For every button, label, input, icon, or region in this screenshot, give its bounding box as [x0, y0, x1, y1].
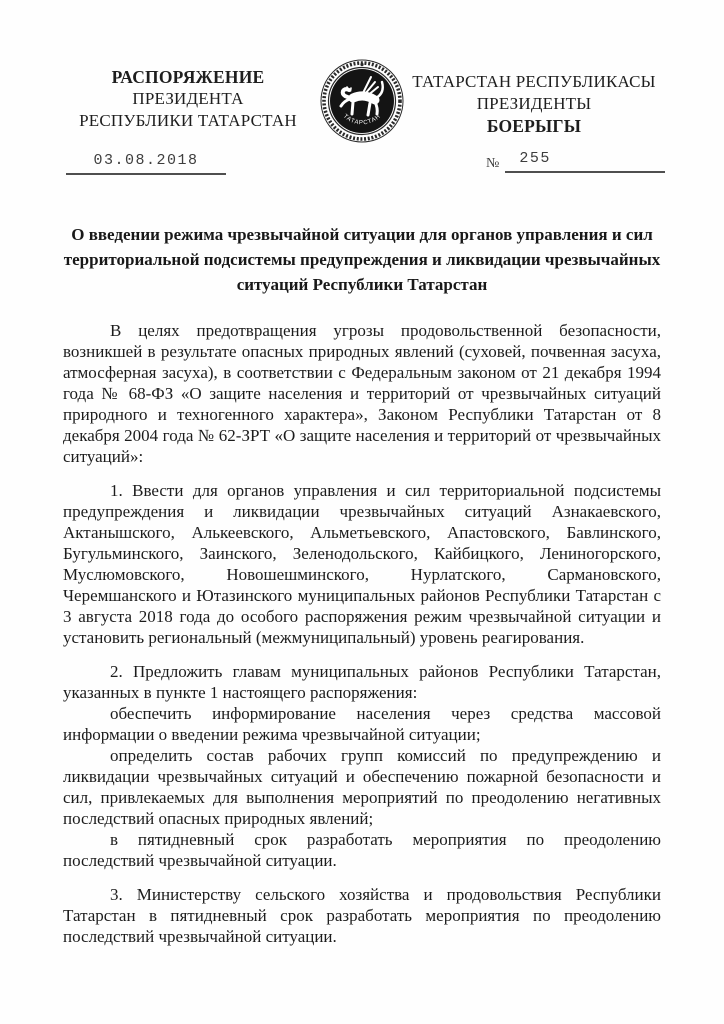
number-field: № 255 — [486, 150, 665, 173]
letterhead-ru-line2: ПРЕЗИДЕНТА — [70, 88, 306, 110]
letterhead-tatar: ТАТАРСТАН РЕСПУБЛИКАСЫ ПРЕЗИДЕНТЫ БОЕРЫГ… — [406, 71, 662, 137]
letterhead-tt-line1: ТАТАРСТАН РЕСПУБЛИКАСЫ — [406, 71, 662, 93]
letterhead-russian: РАСПОРЯЖЕНИЕ ПРЕЗИДЕНТА РЕСПУБЛИКИ ТАТАР… — [70, 66, 306, 132]
letterhead-ru-line3: РЕСПУБЛИКИ ТАТАРСТАН — [70, 110, 306, 132]
paragraph-item3: 3. Министерству сельского хозяйства и пр… — [63, 884, 661, 947]
tatarstan-state-seal: ТАТАРСТАН — [319, 57, 405, 145]
letterhead-tt-line2: ПРЕЗИДЕНТЫ — [406, 93, 662, 115]
document-page: РАСПОРЯЖЕНИЕ ПРЕЗИДЕНТА РЕСПУБЛИКИ ТАТАР… — [0, 0, 724, 1024]
paragraph-item2-sub3: в пятидневный срок разработать мероприят… — [63, 829, 661, 871]
date-field: 03.08.2018 — [66, 152, 226, 175]
number-value: 255 — [505, 150, 665, 173]
paragraph-item1: 1. Ввести для органов управления и сил т… — [63, 480, 661, 648]
number-sign: № — [486, 156, 505, 173]
paragraph-item2-sub1: обеспечить информирование населения чере… — [63, 703, 661, 745]
letterhead-tt-line3: БОЕРЫГЫ — [406, 115, 662, 137]
seal-graphic: ТАТАРСТАН — [319, 57, 405, 145]
paragraph-item2-head: 2. Предложить главам муниципальных район… — [63, 661, 661, 703]
document-title: О введении режима чрезвычайной ситуации … — [62, 222, 662, 297]
document-body: В целях предотвращения угрозы продовольс… — [63, 320, 661, 947]
letterhead-ru-line1: РАСПОРЯЖЕНИЕ — [70, 66, 306, 88]
paragraph-item2-sub2: определить состав рабочих групп комиссий… — [63, 745, 661, 829]
paragraph-intro: В целях предотвращения угрозы продовольс… — [63, 320, 661, 467]
